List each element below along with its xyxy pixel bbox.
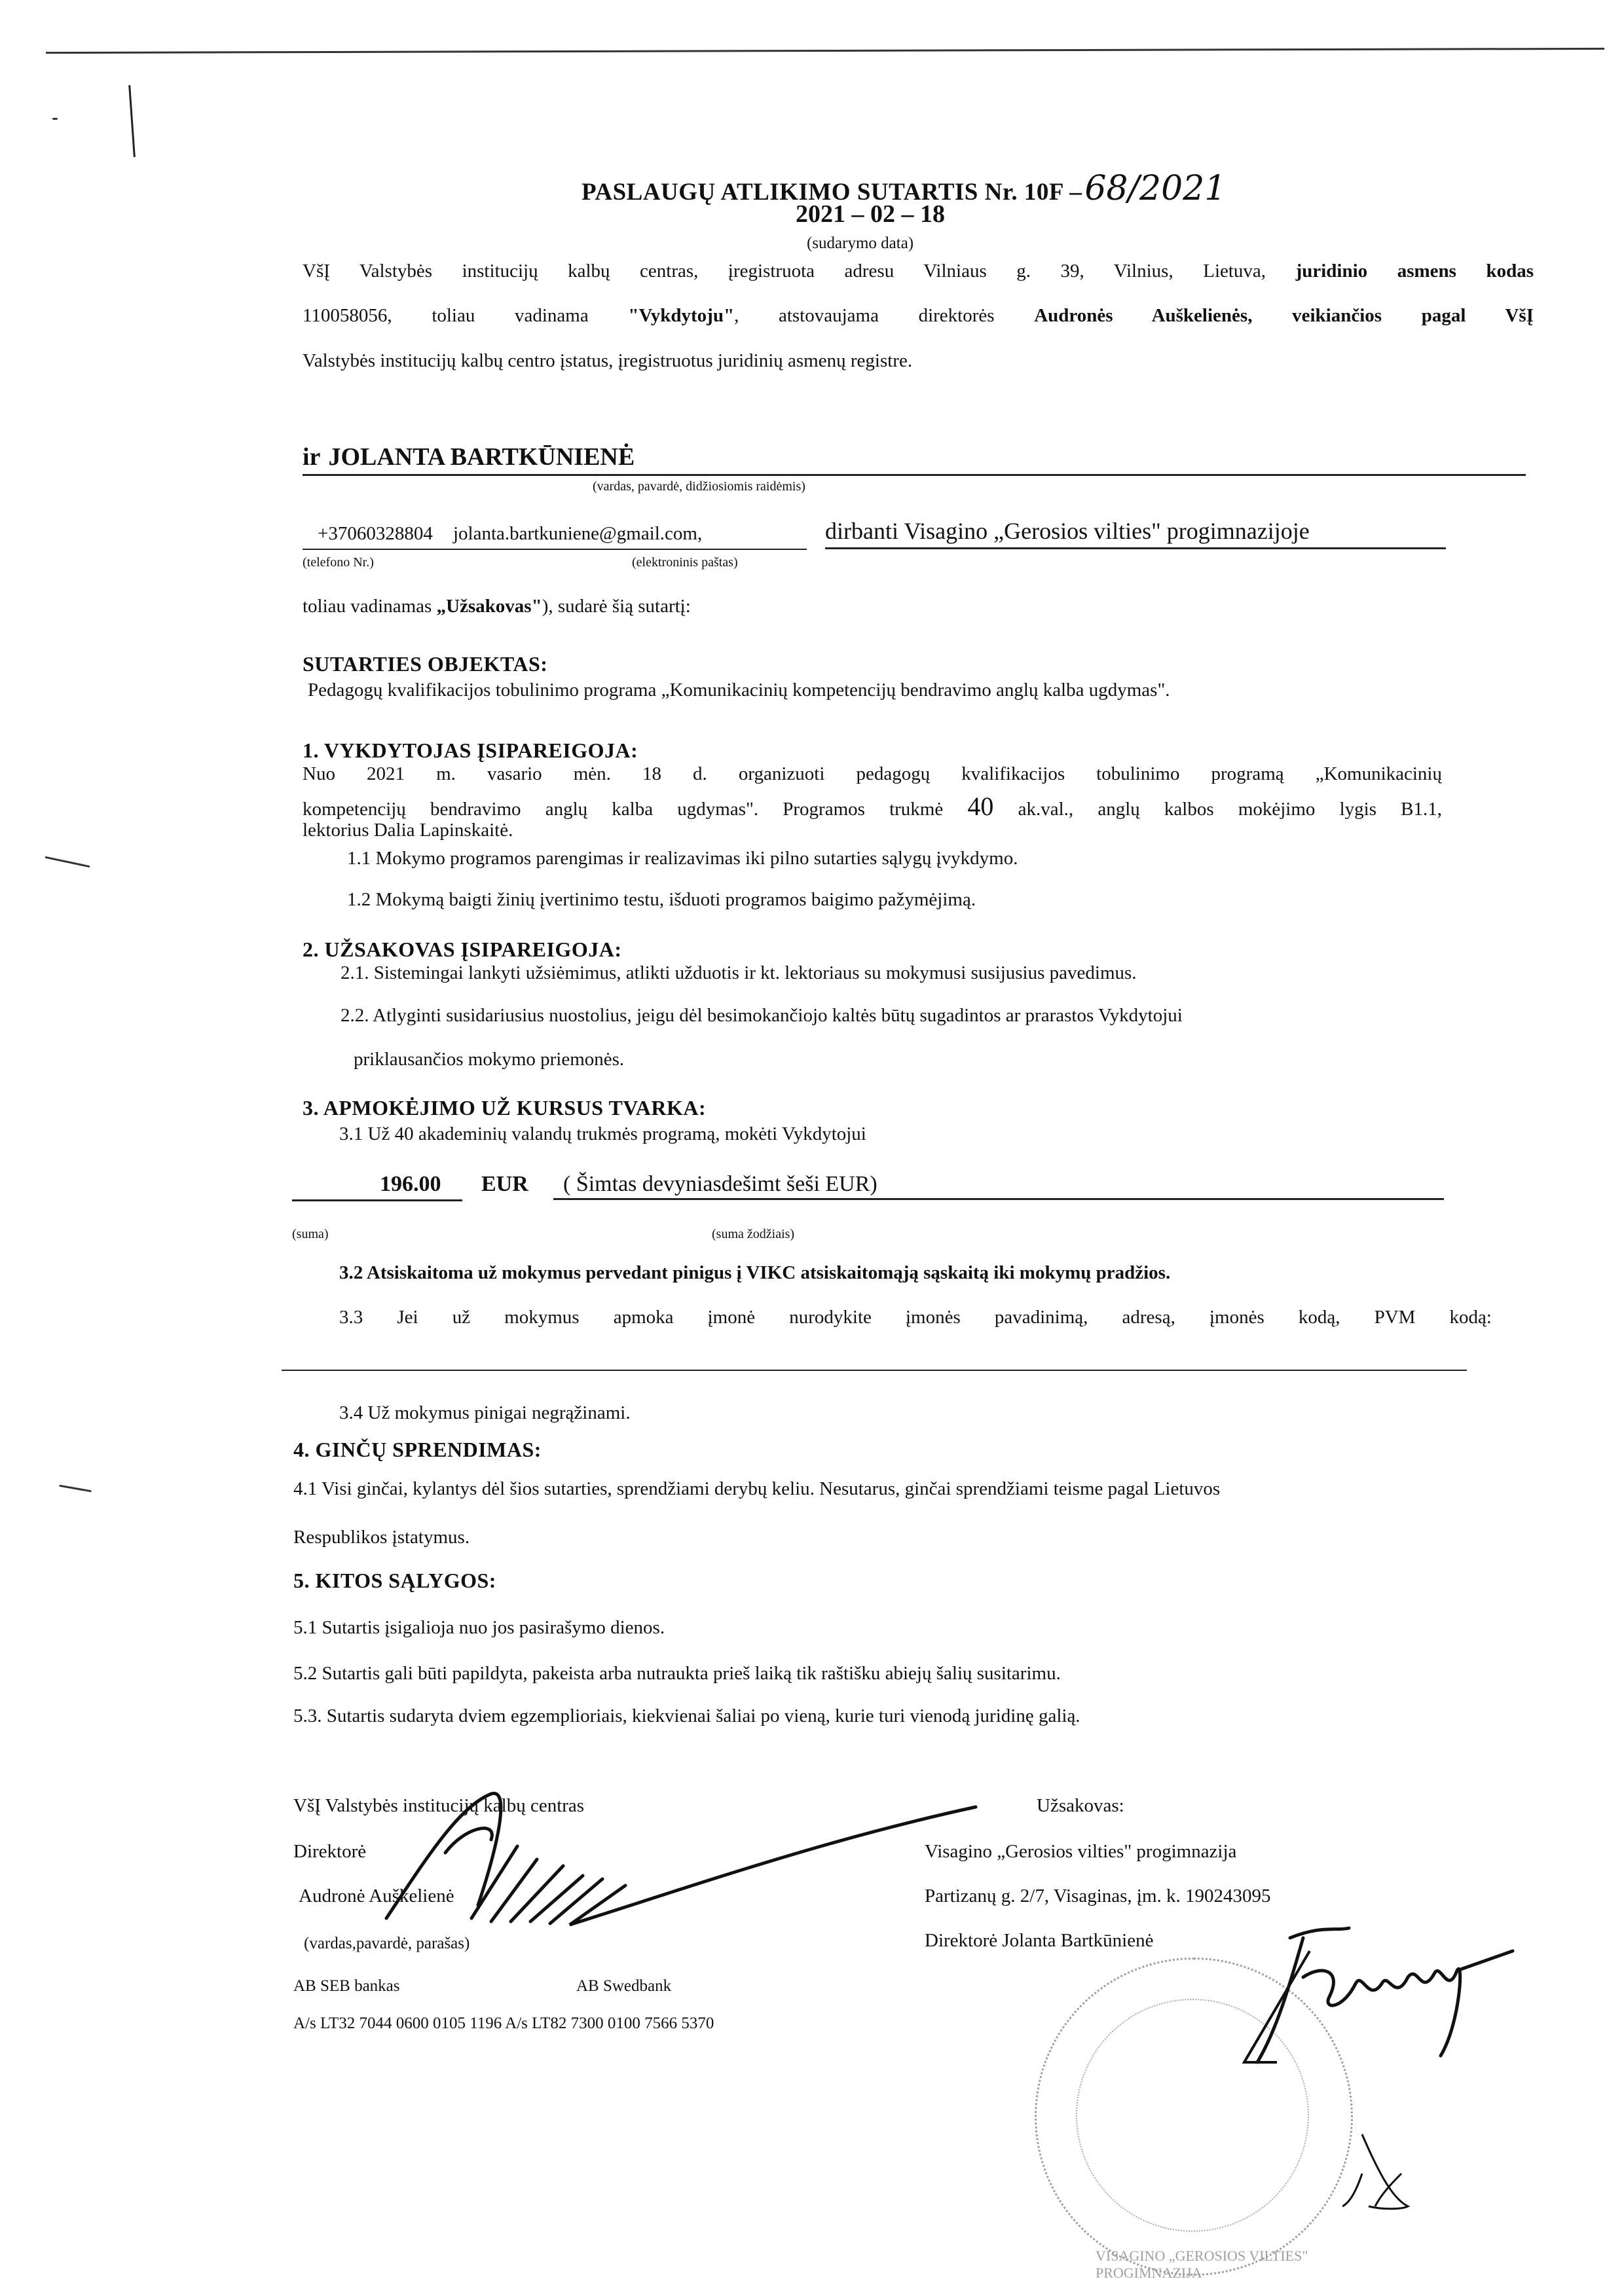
executor-bank-1: AB SEB bankas (293, 1977, 400, 1995)
client-phone: +37060328804 (318, 523, 433, 545)
punch-mark (45, 856, 90, 867)
payment-amount: 196.00 (380, 1172, 441, 1197)
company-details-line (282, 1370, 1467, 1371)
section5-heading: 5. KITOS SĄLYGOS: (293, 1569, 496, 1593)
section1-item-1: 1.1 Mokymo programos parengimas ir reali… (347, 848, 1018, 869)
section2-item-2-cont: priklausančios mokymo priemonės. (354, 1049, 624, 1070)
section4-item-1-line2: Respublikos įstatymus. (293, 1527, 470, 1548)
date-caption: (sudarymo data) (807, 234, 913, 253)
section4-heading: 4. GINČŲ SPRENDIMAS: (293, 1438, 542, 1462)
client-signature (1231, 1912, 1519, 2082)
executor-intro-line2: 110058056, toliau vadinama "Vykdytoju", … (303, 305, 1534, 327)
section3-heading: 3. APMOKĖJIMO UŽ KURSUS TVARKA: (303, 1096, 706, 1120)
contract-date: 2021 – 02 – 18 (796, 200, 945, 228)
amount-underline (292, 1199, 462, 1201)
stamp-text: VISAGINO „GEROSIOS VILTIES" PROGIMNAZIJA (1096, 2248, 1351, 2282)
object-heading: SUTARTIES OBJEKTAS: (303, 652, 547, 676)
handwritten-contract-number: 68/2021 (1084, 169, 1226, 208)
initials-mark (1342, 2128, 1434, 2213)
section3-item-1: 3.1 Už 40 akademinių valandų trukmės pro… (339, 1123, 866, 1145)
object-text: Pedagogų kvalifikacijos tobulinimo progr… (308, 680, 1170, 701)
amount-words-caption: (suma žodžiais) (712, 1227, 794, 1242)
page-top-rule (46, 48, 1604, 54)
client-closing: toliau vadinamas „Užsakovas"), sudarė ši… (303, 596, 691, 617)
section1-para-line2: kompetencijų bendravimo anglų kalba ugdy… (303, 791, 1442, 822)
punch-mark (59, 1485, 92, 1493)
phone-caption: (telefono Nr.) (303, 555, 374, 570)
client-name: JOLANTA BARTKŪNIENĖ (328, 443, 635, 471)
section5-item-3: 5.3. Sutartis sudaryta dviem egzempliori… (293, 1705, 1080, 1727)
section5-item-2: 5.2 Sutartis gali būti papildyta, pakeis… (293, 1663, 1061, 1685)
margin-pen-mark (128, 85, 136, 157)
client-workplace: dirbanti Visagino „Gerosios vilties" pro… (825, 517, 1310, 545)
workplace-underline (825, 547, 1446, 549)
section5-item-1: 5.1 Sutartis įsigalioja nuo jos pasirašy… (293, 1617, 665, 1639)
client-org: Visagino „Gerosios vilties" progimnazija (925, 1841, 1236, 1863)
section2-item-2: 2.2. Atlyginti susidariusius nuostolius,… (341, 1005, 1183, 1027)
name-underline (303, 474, 1526, 476)
executor-role: Direktorė (293, 1841, 366, 1863)
email-caption: (elektroninis paštas) (632, 555, 738, 570)
executor-intro-line3: Valstybės institucijų kalbų centro įstat… (303, 350, 912, 372)
executor-signature (367, 1768, 982, 1944)
executor-bank-2: AB Swedbank (576, 1977, 671, 1995)
amount-words-underline (553, 1198, 1444, 1200)
client-label: Užsakovas: (1037, 1795, 1124, 1817)
payment-amount-words: ( Šimtas devyniasdešimt šeši EUR) (563, 1172, 877, 1197)
client-director: Direktorė Jolanta Bartkūnienė (925, 1930, 1154, 1952)
section2-heading: 2. UŽSAKOVAS ĮSIPAREIGOJA: (303, 938, 621, 962)
client-address: Partizanų g. 2/7, Visaginas, įm. k. 1902… (925, 1886, 1271, 1907)
executor-bank-accounts: A/s LT32 7044 0600 0105 1196 A/s LT82 73… (293, 2014, 714, 2033)
section2-item-1: 2.1. Sistemingai lankyti užsiėmimus, atl… (341, 962, 1137, 984)
section3-item-4: 3.4 Už mokymus pinigai negrąžinami. (339, 1402, 631, 1424)
section1-para-line1: Nuo 2021 m. vasario mėn. 18 d. organizuo… (303, 763, 1442, 785)
section3-item-3: 3.3 Jei už mokymus apmoka įmonė nurodyki… (339, 1307, 1492, 1328)
section3-item-2: 3.2 Atsiskaitoma už mokymus pervedant pi… (339, 1262, 1170, 1284)
client-email: jolanta.bartkuniene@gmail.com, (453, 523, 702, 545)
contact-underline (303, 549, 807, 550)
name-caption: (vardas, pavardė, didžiosiomis raidėmis) (593, 479, 805, 494)
section1-item-2: 1.2 Mokymą baigti žinių įvertinimo testu… (347, 889, 976, 911)
payment-currency: EUR (481, 1172, 528, 1197)
scan-speck (52, 118, 58, 120)
executor-intro-line1: VšĮ Valstybės institucijų kalbų centras,… (303, 261, 1534, 282)
section4-item-1-line1: 4.1 Visi ginčai, kylantys dėl šios sutar… (293, 1478, 1220, 1500)
client-prefix: ir (303, 443, 320, 471)
client-name-line: ir JOLANTA BARTKŪNIENĖ (303, 443, 635, 471)
section1-para-line3: lektorius Dalia Lapinskaitė. (303, 820, 513, 841)
section1-heading: 1. VYKDYTOJAS ĮSIPAREIGOJA: (303, 738, 638, 763)
amount-caption: (suma) (292, 1227, 329, 1242)
